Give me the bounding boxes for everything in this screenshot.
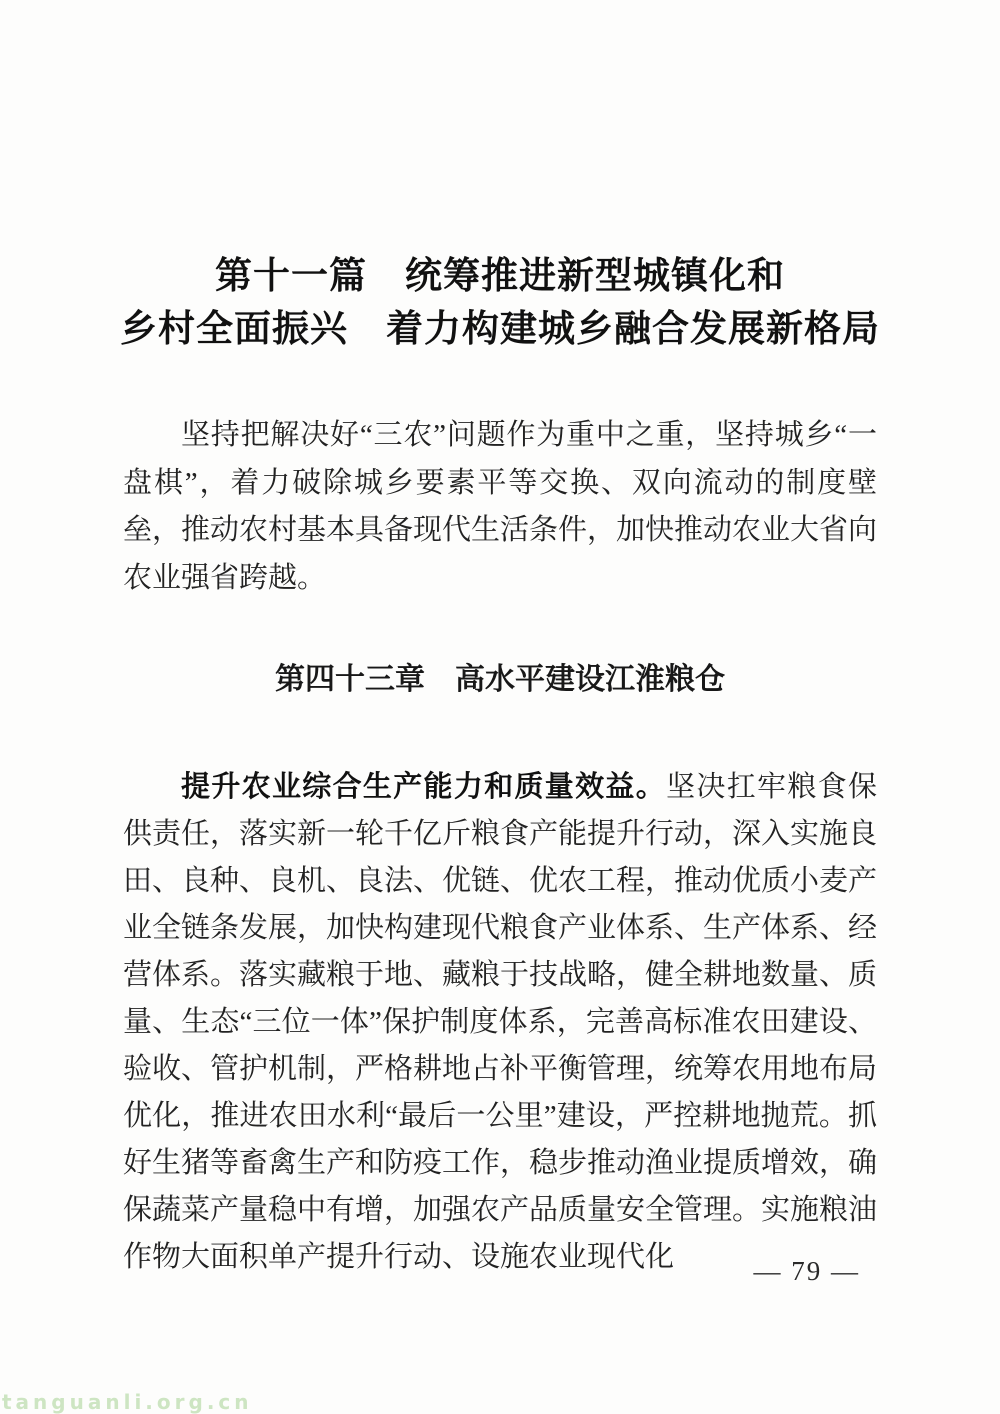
body-paragraph: 提升农业综合生产能力和质量效益。坚决扛牢粮食保供责任，落实新一轮千亿斤粮食产能提… [123, 764, 877, 1281]
intro-paragraph: 坚持把解决好“三农”问题作为重中之重，坚持城乡“一盘棋”，着力破除城乡要素平等交… [123, 412, 877, 602]
chapter-heading: 第四十三章 高水平建设江淮粮仓 [0, 660, 1000, 700]
part-title-line-2: 乡村全面振兴 着力构建城乡融合发展新格局 [0, 303, 1000, 356]
body-paragraph-bold-lead: 提升农业综合生产能力和质量效益。 [181, 771, 666, 803]
watermark: tanguanli.org.cn [2, 1390, 253, 1414]
document-page: 第十一篇 统筹推进新型城镇化和 乡村全面振兴 着力构建城乡融合发展新格局 坚持把… [0, 0, 1000, 1414]
page-number: — 79 — [754, 1256, 861, 1286]
part-title-line-1: 第十一篇 统筹推进新型城镇化和 [0, 250, 1000, 303]
part-title: 第十一篇 统筹推进新型城镇化和 乡村全面振兴 着力构建城乡融合发展新格局 [0, 250, 1000, 356]
body-paragraph-text: 坚决扛牢粮食保供责任，落实新一轮千亿斤粮食产能提升行动，深入实施良田、良种、良机… [123, 771, 877, 1273]
